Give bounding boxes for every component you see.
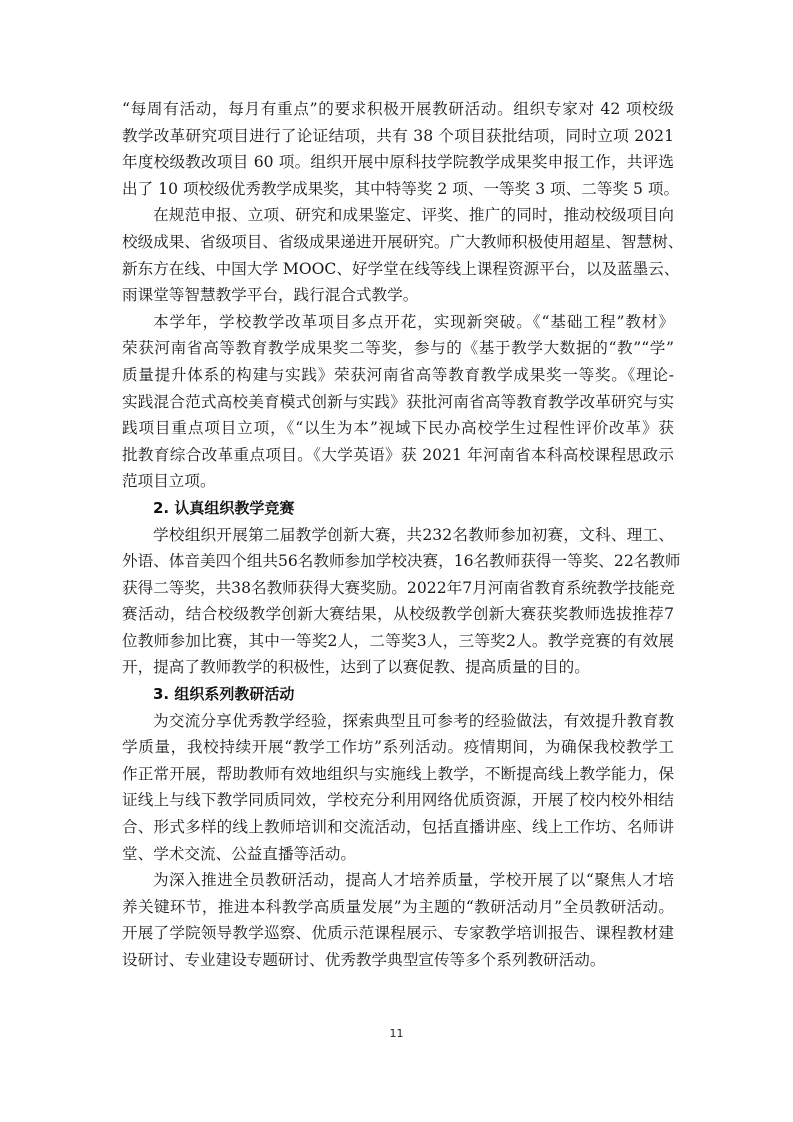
document-body: “每周有活动，每月有重点”的要求积极开展教研活动。组织专家对 42 项校级 教学… bbox=[122, 96, 674, 974]
paragraph-reform-breakthroughs: 本学年，学校教学改革项目多点开花，实现新突破。《“基础工程”教材》 荣获河南省高… bbox=[122, 309, 674, 495]
text-line: 实践混合范式高校美育模式创新与实践》获批河南省高等教育教学改革研究与实 bbox=[122, 389, 674, 416]
text-line: 为交流分享优秀教学经验，探索典型且可参考的经验做法，有效提升教育教 bbox=[122, 708, 674, 735]
text-line: 赛活动，结合校级教学创新大赛结果，从校级教学创新大赛获奖教师选拔推荐7 bbox=[122, 601, 674, 628]
text-line: 出了 10 项校级优秀教学成果奖，其中特等奖 2 项、一等奖 3 项、二等奖 5… bbox=[122, 176, 674, 203]
text-line: 年度校级教改项目 60 项。组织开展中原科技学院教学成果奖申报工作，共评选 bbox=[122, 149, 674, 176]
text-line: 外语、体音美四个组共56名教师参加学校决赛，16名教师获得一等奖、22名教师 bbox=[122, 548, 674, 575]
text-line: 养关键环节，推进本科教学高质量发展”为主题的“教研活动月”全员教研活动。 bbox=[122, 894, 674, 921]
text-line: 在规范申报、立项、研究和成果鉴定、评奖、推广的同时，推动校级项目向 bbox=[122, 202, 674, 229]
paragraph-teaching-competition: 学校组织开展第二届教学创新大赛，共232名教师参加初赛，文科、理工、 外语、体音… bbox=[122, 522, 674, 682]
text-line: 批教育综合改革重点项目。《大学英语》获 2021 年河南省本科高校课程思政示 bbox=[122, 442, 674, 469]
text-line: 校级成果、省级项目、省级成果递进开展研究。广大教师积极使用超星、智慧树、 bbox=[122, 229, 674, 256]
text-line: 学质量，我校持续开展“教学工作坊”系列活动。疫情期间，为确保我校教学工 bbox=[122, 734, 674, 761]
paragraph-research-month: 为深入推进全员教研活动，提高人才培养质量，学校开展了以“聚焦人才培 养关键环节，… bbox=[122, 867, 674, 973]
text-line: 雨课堂等智慧教学平台，践行混合式教学。 bbox=[122, 282, 674, 309]
text-line: 践项目重点项目立项，《“以生为本”视域下民办高校学生过程性评价改革》获 bbox=[122, 415, 674, 442]
text-line: 位教师参加比赛，其中一等奖2人，二等奖3人，三等奖2人。教学竞赛的有效展 bbox=[122, 628, 674, 655]
text-line: 为深入推进全员教研活动，提高人才培养质量，学校开展了以“聚焦人才培 bbox=[122, 867, 674, 894]
text-line: 开，提高了教师教学的积极性，达到了以赛促教、提高质量的目的。 bbox=[122, 654, 674, 681]
text-line: “每周有活动，每月有重点”的要求积极开展教研活动。组织专家对 42 项校级 bbox=[122, 96, 674, 123]
text-line: 本学年，学校教学改革项目多点开花，实现新突破。《“基础工程”教材》 bbox=[122, 309, 674, 336]
text-line: 质量提升体系的构建与实践》荣获河南省高等教育教学成果奖一等奖。《理论- bbox=[122, 362, 674, 389]
paragraph-online-platforms: 在规范申报、立项、研究和成果鉴定、评奖、推广的同时，推动校级项目向 校级成果、省… bbox=[122, 202, 674, 308]
section-heading-research-activities: 3. 组织系列教研活动 bbox=[122, 681, 674, 708]
text-line: 合、形式多样的线上教师培训和交流活动，包括直播讲座、线上工作坊、名师讲 bbox=[122, 814, 674, 841]
text-line: 范项目立项。 bbox=[122, 468, 674, 495]
text-line: 获得二等奖，共38名教师获得大赛奖励。2022年7月河南省教育系统教学技能竞 bbox=[122, 575, 674, 602]
text-line: 荣获河南省高等教育教学成果奖二等奖，参与的《基于教学大数据的“教”“学” bbox=[122, 335, 674, 362]
text-line: 作正常开展，帮助教师有效地组织与实施线上教学，不断提高线上教学能力，保 bbox=[122, 761, 674, 788]
text-line: 证线上与线下教学同质同效，学校充分利用网络优质资源，开展了校内校外相结 bbox=[122, 787, 674, 814]
text-line: 教学改革研究项目进行了论证结项，共有 38 个项目获批结项，同时立项 2021 bbox=[122, 123, 674, 150]
page-number: 11 bbox=[0, 1027, 793, 1040]
text-line: 学校组织开展第二届教学创新大赛，共232名教师参加初赛，文科、理工、 bbox=[122, 522, 674, 549]
text-line: 堂、学术交流、公益直播等活动。 bbox=[122, 841, 674, 868]
paragraph-teaching-workshop: 为交流分享优秀教学经验，探索典型且可参考的经验做法，有效提升教育教 学质量，我校… bbox=[122, 708, 674, 868]
text-line: 新东方在线、中国大学 MOOC、好学堂在线等线上课程资源平台，以及蓝墨云、 bbox=[122, 256, 674, 283]
section-heading-teaching-competition: 2. 认真组织教学竞赛 bbox=[122, 495, 674, 522]
text-line: 设研讨、专业建设专题研讨、优秀教学典型宣传等多个系列教研活动。 bbox=[122, 947, 674, 974]
paragraph-teaching-research-projects: “每周有活动，每月有重点”的要求积极开展教研活动。组织专家对 42 项校级 教学… bbox=[122, 96, 674, 202]
text-line: 开展了学院领导教学巡察、优质示范课程展示、专家教学培训报告、课程教材建 bbox=[122, 920, 674, 947]
document-page: “每周有活动，每月有重点”的要求积极开展教研活动。组织专家对 42 项校级 教学… bbox=[0, 0, 793, 1122]
